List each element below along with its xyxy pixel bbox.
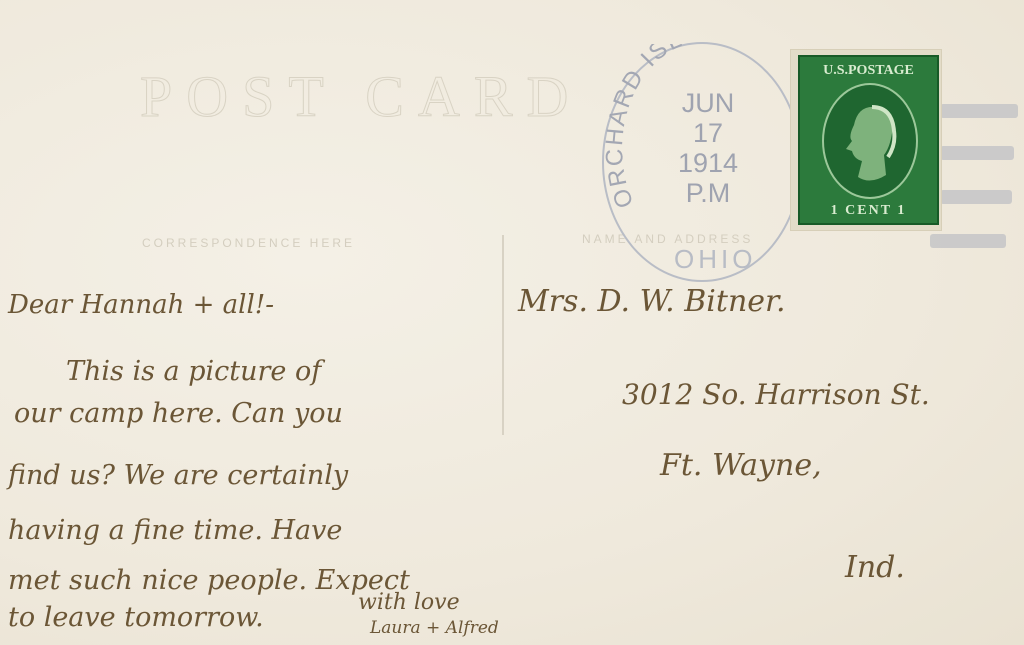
printed-title: POST CARD bbox=[140, 68, 582, 126]
address-line: 3012 So. Harrison St. bbox=[622, 378, 930, 411]
address-line: Ft. Wayne, bbox=[660, 448, 822, 483]
postmark-date: JUN 17 1914 P.M bbox=[668, 88, 748, 208]
cancel-bar bbox=[940, 190, 1012, 204]
correspondence-label: CORRESPONDENCE HERE bbox=[142, 236, 355, 250]
postage-stamp: U.S.POSTAGE 1 CENT 1 bbox=[791, 50, 941, 230]
postmark-year: 1914 bbox=[668, 148, 748, 178]
address-line: Mrs. D. W. Bitner. bbox=[518, 284, 786, 319]
message-line: our camp here. Can you bbox=[14, 398, 343, 429]
stamp-top-text: U.S.POSTAGE bbox=[800, 63, 937, 79]
message-line: This is a picture of bbox=[66, 356, 321, 387]
postmark-day: 17 bbox=[668, 118, 748, 148]
message-closing: with love bbox=[358, 590, 460, 615]
stamp-bottom-text: 1 CENT 1 bbox=[800, 203, 937, 219]
postmark-time: P.M bbox=[668, 178, 748, 208]
center-divider bbox=[502, 235, 504, 435]
postmark-month: JUN bbox=[668, 88, 748, 118]
cancel-bar bbox=[940, 104, 1018, 118]
postmark-state: OHIO bbox=[674, 244, 754, 275]
postmark: ORCHARD ISL JUN 17 1914 P.M OHIO bbox=[602, 42, 802, 282]
message-line: find us? We are certainly bbox=[8, 460, 348, 491]
message-line: Dear Hannah + all!- bbox=[8, 290, 274, 320]
message-line: met such nice people. Expect bbox=[8, 565, 410, 596]
cancel-bar bbox=[930, 234, 1006, 248]
cancel-bar bbox=[940, 146, 1014, 160]
message-line: to leave tomorrow. bbox=[8, 602, 264, 633]
washington-portrait-icon bbox=[822, 83, 918, 199]
address-line: Ind. bbox=[845, 550, 905, 585]
message-signature: Laura + Alfred bbox=[370, 618, 499, 638]
postcard-back: POST CARD CORRESPONDENCE HERE NAME AND A… bbox=[0, 0, 1024, 645]
message-line: having a fine time. Have bbox=[8, 515, 342, 546]
